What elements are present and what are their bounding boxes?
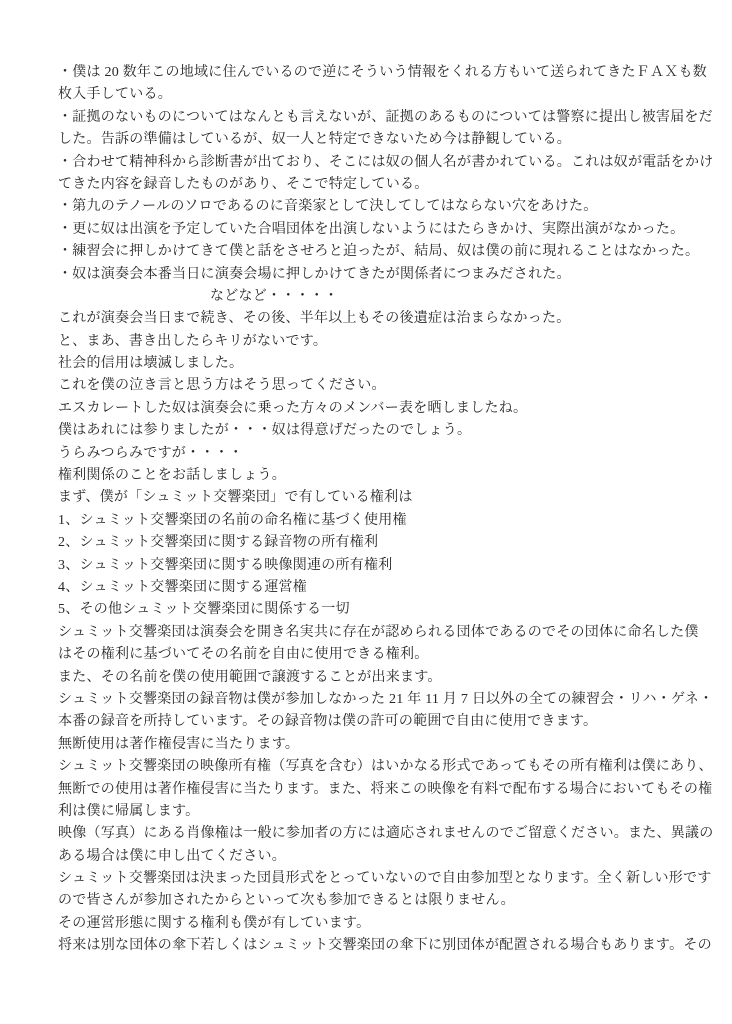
- text-line: 利は僕に帰属します。: [58, 801, 674, 823]
- list-item-line: 1、シュミット交響楽団の名前の命名権に基づく使用権: [58, 510, 674, 532]
- text-line: ・第九のテノールのソロであるのに音楽家として決してしてはならない穴をあけた。: [58, 196, 674, 218]
- list-item-line: 4、シュミット交響楽団に関する運営権: [58, 577, 674, 599]
- text-line: ・証拠のないものについてはなんとも言えないが、証拠のあるものについては警察に提出…: [58, 107, 674, 129]
- text-line: ・奴は演奏会本番当日に演奏会場に押しかけてきたが関係者につまみだされた。: [58, 264, 674, 286]
- text-line: うらみつらみですが・・・・: [58, 443, 674, 465]
- text-line: これを僕の泣き言と思う方はそう思ってください。: [58, 375, 674, 397]
- document-page: ・僕は 20 数年この地域に住んでいるので逆にそういう情報をくれる方もいて送られ…: [0, 0, 732, 1024]
- text-line: 権利関係のことをお話しましょう。: [58, 465, 674, 487]
- text-line: シュミット交響楽団の録音物は僕が参加しなかった 21 年 11 月 7 日以外の…: [58, 689, 674, 711]
- text-line: 本番の録音を所持しています。その録音物は僕の許可の範囲で自由に使用できます。: [58, 711, 674, 733]
- list-item-line: 2、シュミット交響楽団に関する録音物の所有権利: [58, 532, 674, 554]
- list-item-line: 5、その他シュミット交響楽団に関係する一切: [58, 599, 674, 621]
- text-line: などなど・・・・・: [58, 286, 674, 308]
- text-line: 無断での使用は著作権侵害に当たります。また、将来この映像を有料で配布する場合にお…: [58, 779, 674, 801]
- text-line: 映像（写真）にある肖像権は一般に参加者の方には適応されませんのでご留意ください。…: [58, 823, 674, 845]
- text-line: シュミット交響楽団の映像所有権（写真を含む）はいかなる形式であってもその所有権利…: [58, 756, 674, 778]
- text-line: ・合わせて精神科から診断書が出ており、そこには奴の個人名が書かれている。これは奴…: [58, 152, 674, 174]
- text-line: 枚入手している。: [58, 84, 674, 106]
- text-line: また、その名前を僕の使用範囲で譲渡することが出来ます。: [58, 667, 674, 689]
- text-line: した。告訴の準備はしているが、奴一人と特定できないため今は静観している。: [58, 129, 674, 151]
- text-line: ので皆さんが参加されたからといって次も参加できるとは限りません。: [58, 890, 674, 912]
- text-line: エスカレートした奴は演奏会に乗った方々のメンバー表を晒しましたね。: [58, 398, 674, 420]
- text-line: シュミット交響楽団は決まった団員形式をとっていないので自由参加型となります。全く…: [58, 868, 674, 890]
- text-line: ・僕は 20 数年この地域に住んでいるので逆にそういう情報をくれる方もいて送られ…: [58, 62, 674, 84]
- text-line: と、まあ、書き出したらキリがないです。: [58, 331, 674, 353]
- text-line: これが演奏会当日まで続き、その後、半年以上もその後遺症は治まらなかった。: [58, 308, 674, 330]
- text-line: その運営形態に関する権利も僕が有しています。: [58, 913, 674, 935]
- text-line: 社会的信用は壊滅しました。: [58, 353, 674, 375]
- text-line: てきた内容を録音したものがあり、そこで特定している。: [58, 174, 674, 196]
- text-line: はその権利に基づいてその名前を自由に使用できる権利。: [58, 644, 674, 666]
- text-line: シュミット交響楽団は演奏会を開き名実共に存在が認められる団体であるのでその団体に…: [58, 622, 674, 644]
- text-line: ・更に奴は出演を予定していた合唱団体を出演しないようにはたらきかけ、実際出演がな…: [58, 219, 674, 241]
- text-line: ・練習会に押しかけてきて僕と話をさせろと迫ったが、結局、奴は僕の前に現れることは…: [58, 241, 674, 263]
- text-line: 僕はあれには参りましたが・・・奴は得意げだったのでしょう。: [58, 420, 674, 442]
- text-line: 無断使用は著作権侵害に当たります。: [58, 734, 674, 756]
- text-line: まず、僕が「シュミット交響楽団」で有している権利は: [58, 487, 674, 509]
- text-line: ある場合は僕に申し出てください。: [58, 846, 674, 868]
- list-item-line: 3、シュミット交響楽団に関する映像関連の所有権利: [58, 555, 674, 577]
- text-line: 将来は別な団体の傘下若しくはシュミット交響楽団の傘下に別団体が配置される場合もあ…: [58, 935, 674, 957]
